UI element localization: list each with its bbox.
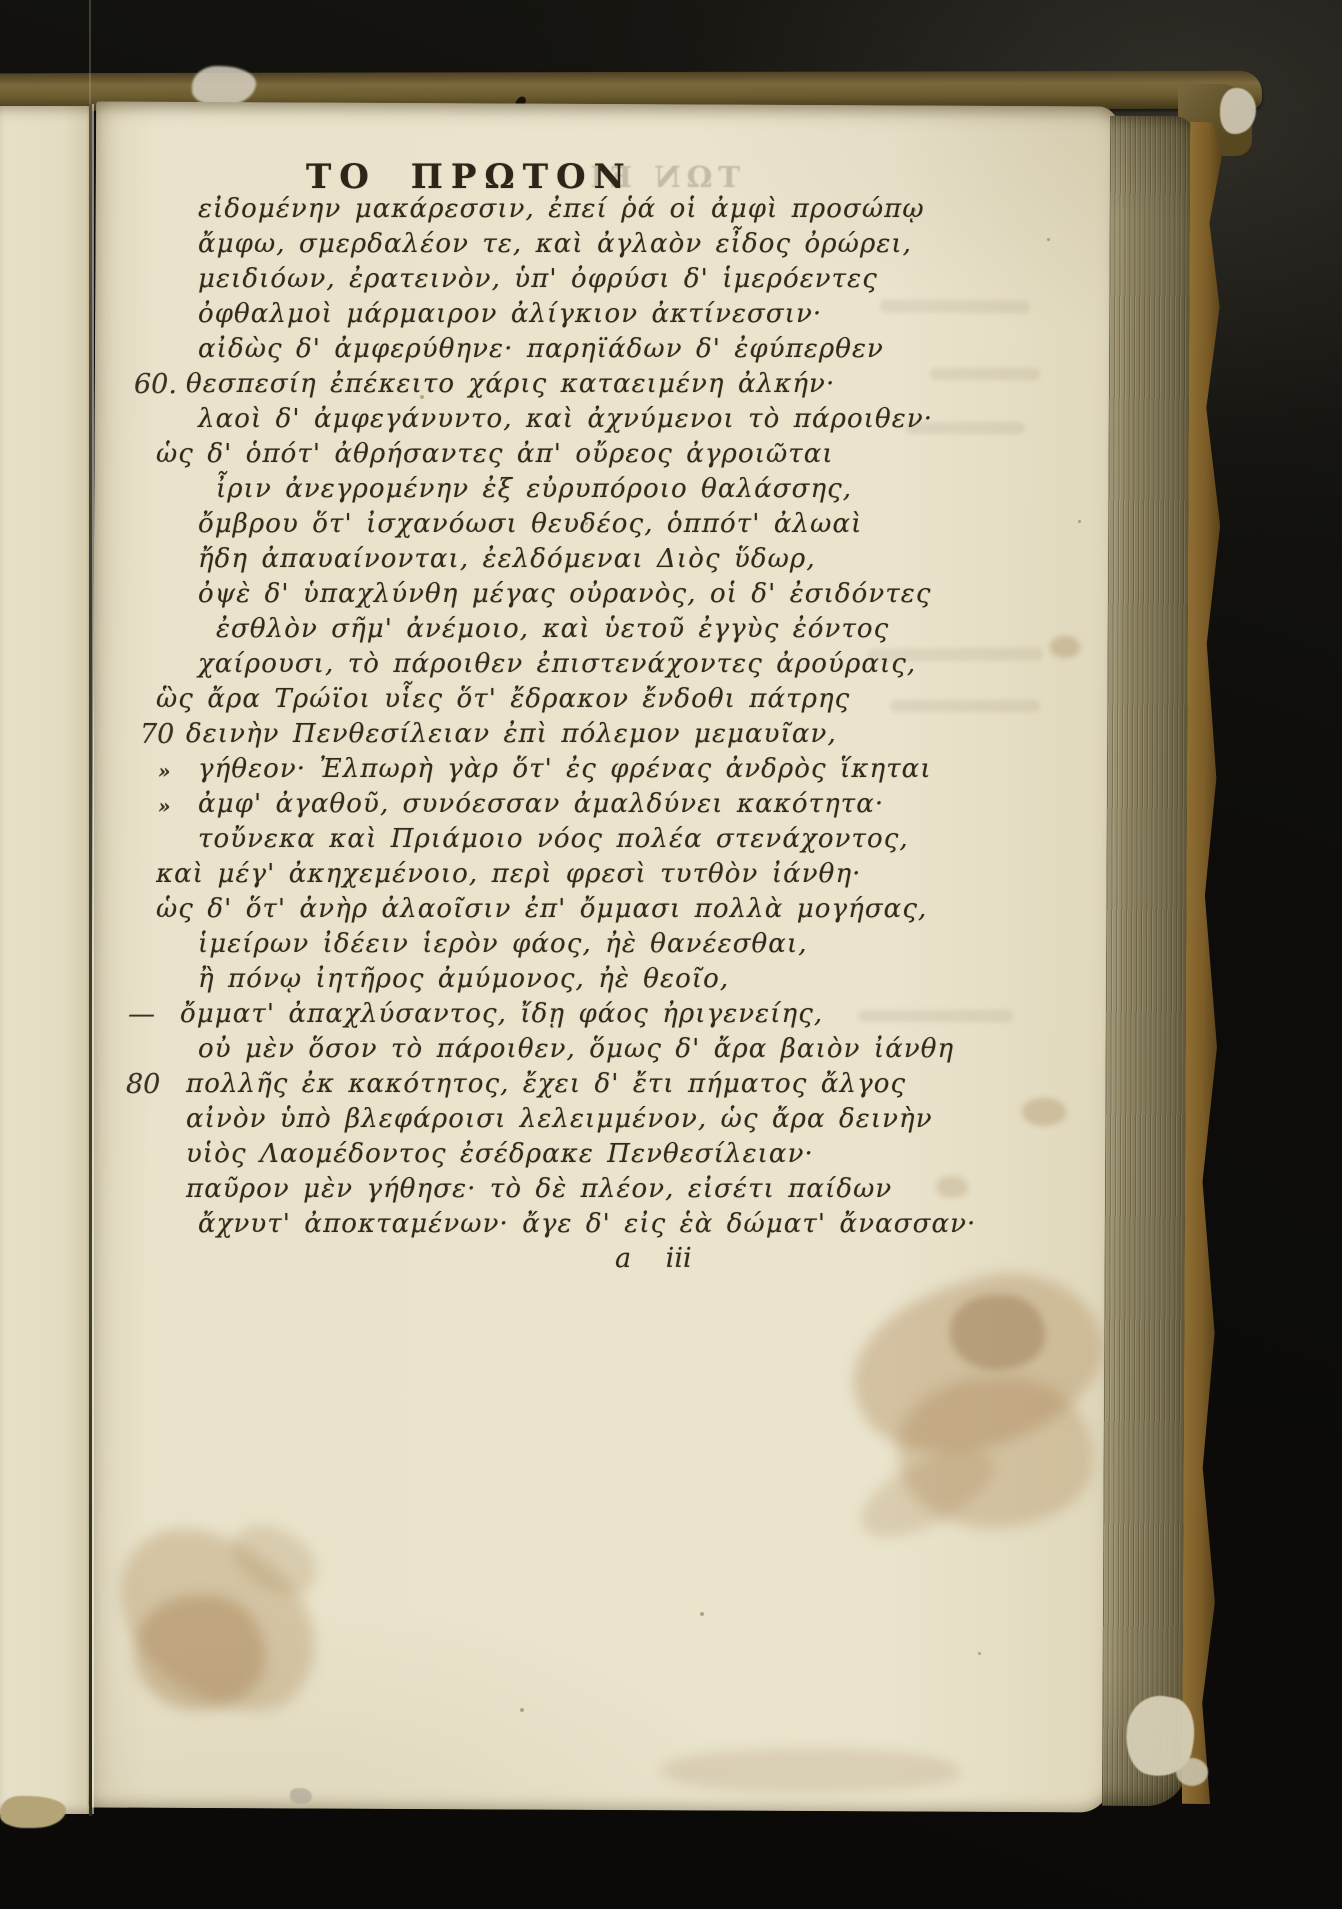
verse-text: ἶριν ἀνεγρομένην ἐξ εὐρυπόροιο θαλάσσης,: [216, 472, 852, 507]
verse-text: παῦρον μὲν γήθησε· τὸ δὲ πλέον, εἰσέτι π…: [186, 1172, 892, 1207]
verse-line: λαοὶ δ' ἀμφεγάνυντο, καὶ ἀχνύμενοι τὸ πά…: [128, 402, 1108, 437]
line-number: 60.: [134, 367, 177, 402]
verse-text: οὐ μὲν ὅσον τὸ πάροιθεν, ὅμως δ' ἄρα βαι…: [198, 1032, 954, 1067]
verse-line: ἶριν ἀνεγρομένην ἐξ εὐρυπόροιο θαλάσσης,: [128, 472, 1108, 507]
fore-edge-page-stack: [1102, 116, 1196, 1806]
corner-damage-chip: [0, 1796, 66, 1828]
verse-text: ὄμβρου ὅτ' ἰσχανόωσι θευδέος, ὁππότ' ἀλω…: [198, 507, 862, 542]
edge-damage-chip: [1176, 1758, 1208, 1786]
verse-text: λαοὶ δ' ἀμφεγάνυντο, καὶ ἀχνύμενοι τὸ πά…: [198, 402, 933, 437]
verse-text: ὡς δ' ὁπότ' ἀθρήσαντες ἀπ' οὔρεος ἀγροιῶ…: [156, 437, 834, 472]
verse-line: ὣς ἄρα Τρώϊοι υἷες ὅτ' ἔδρακον ἔνδοθι πά…: [128, 682, 1108, 717]
verse-text: γήθεον· Ἐλπωρὴ γὰρ ὅτ' ἐς φρένας ἀνδρὸς …: [198, 752, 932, 787]
verse-line: χαίρουσι, τὸ πάροιθεν ἐπιστενάχοντες ἀρο…: [128, 647, 1108, 682]
edge-damage-chip: [290, 1788, 312, 1804]
verse-line: 60.θεσπεσίη ἐπέκειτο χάρις καταειμένη ἀλ…: [128, 367, 1108, 402]
verse-line: ἄμφω, σμερδαλέον τε, καὶ ἀγλαὸν εἶδος ὀρ…: [128, 227, 1108, 262]
verse-text: ἤδη ἀπαυαίνονται, ἐελδόμεναι Διὸς ὕδωρ,: [198, 542, 816, 577]
gutter-page-strip: [0, 106, 92, 1814]
verse-line: ἢ πόνῳ ἰητῆρος ἀμύμονος, ἠὲ θεοῖο,: [128, 962, 1108, 997]
quote-mark: »: [158, 754, 171, 789]
verse-line: —ὄμματ' ἀπαχλύσαντος, ἴδῃ φάος ἠριγενείη…: [128, 997, 1108, 1032]
verse-text: ὄμματ' ἀπαχλύσαντος, ἴδῃ φάος ἠριγενείης…: [180, 997, 823, 1032]
verse-line: υἱὸς Λαομέδοντος ἐσέδρακε Πενθεσίλειαν·: [128, 1137, 1108, 1172]
verse-line: ὀψὲ δ' ὑπαχλύνθη μέγας οὐρανὸς, οἱ δ' ἐσ…: [128, 577, 1108, 612]
verse-text: αἰδὼς δ' ἀμφερύθηνε· παρηϊάδων δ' ἐφύπερ…: [198, 332, 884, 367]
line-number: 70: [140, 717, 174, 752]
verse-line: ἐσθλὸν σῆμ' ἀνέμοιο, καὶ ὑετοῦ ἐγγὺς ἐόν…: [128, 612, 1108, 647]
verse-text: ἀμφ' ἀγαθοῦ, συνόεσσαν ἀμαλδύνει κακότητ…: [198, 787, 884, 822]
verse-line: 70δεινὴν Πενθεσίλειαν ἐπὶ πόλεμον μεμαυῖ…: [128, 717, 1108, 752]
verse-text-block: εἰδομένην μακάρεσσιν, ἐπεί ῥά οἱ ἀμφὶ πρ…: [128, 192, 1108, 1242]
verse-text: υἱὸς Λαομέδοντος ἐσέδρακε Πενθεσίλειαν·: [186, 1137, 814, 1172]
line-number: 80: [126, 1067, 160, 1102]
verse-text: καὶ μέγ' ἀκηχεμένοιο, περὶ φρεσὶ τυτθὸν …: [156, 857, 861, 892]
verse-text: μειδιόων, ἐρατεινὸν, ὑπ' ὀφρύσι δ' ἱμερό…: [198, 262, 878, 297]
verse-line: εἰδομένην μακάρεσσιν, ἐπεί ῥά οἱ ἀμφὶ πρ…: [128, 192, 1108, 227]
stain: [135, 1595, 265, 1710]
verse-line: οὐ μὲν ὅσον τὸ πάροιθεν, ὅμως δ' ἄρα βαι…: [128, 1032, 1108, 1067]
verse-line: ὡς δ' ὅτ' ἀνὴρ ἀλαοῖσιν ἐπ' ὄμμασι πολλὰ…: [128, 892, 1108, 927]
verse-text: ὡς δ' ὅτ' ἀνὴρ ἀλαοῖσιν ἐπ' ὄμμασι πολλὰ…: [156, 892, 927, 927]
foxing-dot: [978, 1652, 981, 1655]
verse-text: ὣς ἄρα Τρώϊοι υἷες ὅτ' ἔδρακον ἔνδοθι πά…: [156, 682, 850, 717]
verse-line: ὡς δ' ὁπότ' ἀθρήσαντες ἀπ' οὔρεος ἀγροιῶ…: [128, 437, 1108, 472]
verse-text: ἢ πόνῳ ἰητῆρος ἀμύμονος, ἠὲ θεοῖο,: [198, 962, 729, 997]
verse-text: ὀψὲ δ' ὑπαχλύνθη μέγας οὐρανὸς, οἱ δ' ἐσ…: [198, 577, 932, 612]
verse-text: δεινὴν Πενθεσίλειαν ἐπὶ πόλεμον μεμαυῖαν…: [186, 717, 837, 752]
stain: [660, 1748, 960, 1794]
verse-text: αἰνὸν ὑπὸ βλεφάροισι λελειμμένον, ὡς ἄρα…: [186, 1102, 933, 1137]
verse-text: ἄχνυτ' ἀποκταμένων· ἄγε δ' εἰς ἑὰ δώματ'…: [198, 1207, 976, 1242]
verse-text: ἄμφω, σμερδαλέον τε, καὶ ἀγλαὸν εἶδος ὀρ…: [198, 227, 912, 262]
gutter-highlight: [92, 104, 94, 1814]
verse-line: μειδιόων, ἐρατεινὸν, ὑπ' ὀφρύσι δ' ἱμερό…: [128, 262, 1108, 297]
verse-line: ἤδη ἀπαυαίνονται, ἐελδόμεναι Διὸς ὕδωρ,: [128, 542, 1108, 577]
margin-dash: —: [128, 997, 153, 1032]
gutter-line: [89, 0, 91, 108]
verse-line: τοὔνεκα καὶ Πριάμοιο νόος πολέα στενάχον…: [128, 822, 1108, 857]
stain: [950, 1295, 1045, 1370]
verse-line: ὀφθαλμοὶ μάρμαιρον ἀλίγκιον ἀκτίνεσσιν·: [128, 297, 1108, 332]
verse-text: χαίρουσι, τὸ πάροιθεν ἐπιστενάχοντες ἀρο…: [198, 647, 916, 682]
book-scan-photo: { "doc": { "title": "ΤΟ ΠΡΩΤΟΝ", "ghost_…: [0, 0, 1342, 1909]
quote-mark: »: [158, 789, 171, 824]
verse-line: αἰνὸν ὑπὸ βλεφάροισι λελειμμένον, ὡς ἄρα…: [128, 1102, 1108, 1137]
verse-line: καὶ μέγ' ἀκηχεμένοιο, περὶ φρεσὶ τυτθὸν …: [128, 857, 1108, 892]
page-title: ΤΟ ΠΡΩΤΟΝ: [306, 157, 633, 197]
verse-line: ἱμείρων ἰδέειν ἱερὸν φάος, ἠὲ θανέεσθαι,: [128, 927, 1108, 962]
verse-text: πολλῆς ἐκ κακότητος, ἔχει δ' ἔτι πήματος…: [186, 1067, 906, 1102]
verse-line: ἄχνυτ' ἀποκταμένων· ἄγε δ' εἰς ἑὰ δώματ'…: [128, 1207, 1108, 1242]
verse-text: ἐσθλὸν σῆμ' ἀνέμοιο, καὶ ὑετοῦ ἐγγὺς ἐόν…: [216, 612, 889, 647]
verse-text: ὀφθαλμοὶ μάρμαιρον ἀλίγκιον ἀκτίνεσσιν·: [198, 297, 822, 332]
verse-line: 80πολλῆς ἐκ κακότητος, ἔχει δ' ἔτι πήματ…: [128, 1067, 1108, 1102]
verse-line: »γήθεον· Ἐλπωρὴ γὰρ ὅτ' ἐς φρένας ἀνδρὸς…: [128, 752, 1108, 787]
verse-text: τοὔνεκα καὶ Πριάμοιο νόος πολέα στενάχον…: [198, 822, 909, 857]
verse-text: θεσπεσίη ἐπέκειτο χάρις καταειμένη ἀλκήν…: [186, 367, 835, 402]
verse-line: ὄμβρου ὅτ' ἰσχανόωσι θευδέος, ὁππότ' ἀλω…: [128, 507, 1108, 542]
verse-line: παῦρον μὲν γήθησε· τὸ δὲ πλέον, εἰσέτι π…: [128, 1172, 1108, 1207]
verse-text: εἰδομένην μακάρεσσιν, ἐπεί ῥά οἱ ἀμφὶ πρ…: [198, 192, 925, 227]
foxing-dot: [520, 1708, 524, 1712]
verse-text: ἱμείρων ἰδέειν ἱερὸν φάος, ἠὲ θανέεσθαι,: [198, 927, 808, 962]
verse-line: »ἀμφ' ἀγαθοῦ, συνόεσσαν ἀμαλδύνει κακότη…: [128, 787, 1108, 822]
signature-mark: a iii: [615, 1243, 692, 1274]
foxing-dot: [700, 1612, 704, 1616]
verse-line: αἰδὼς δ' ἀμφερύθηνε· παρηϊάδων δ' ἐφύπερ…: [128, 332, 1108, 367]
